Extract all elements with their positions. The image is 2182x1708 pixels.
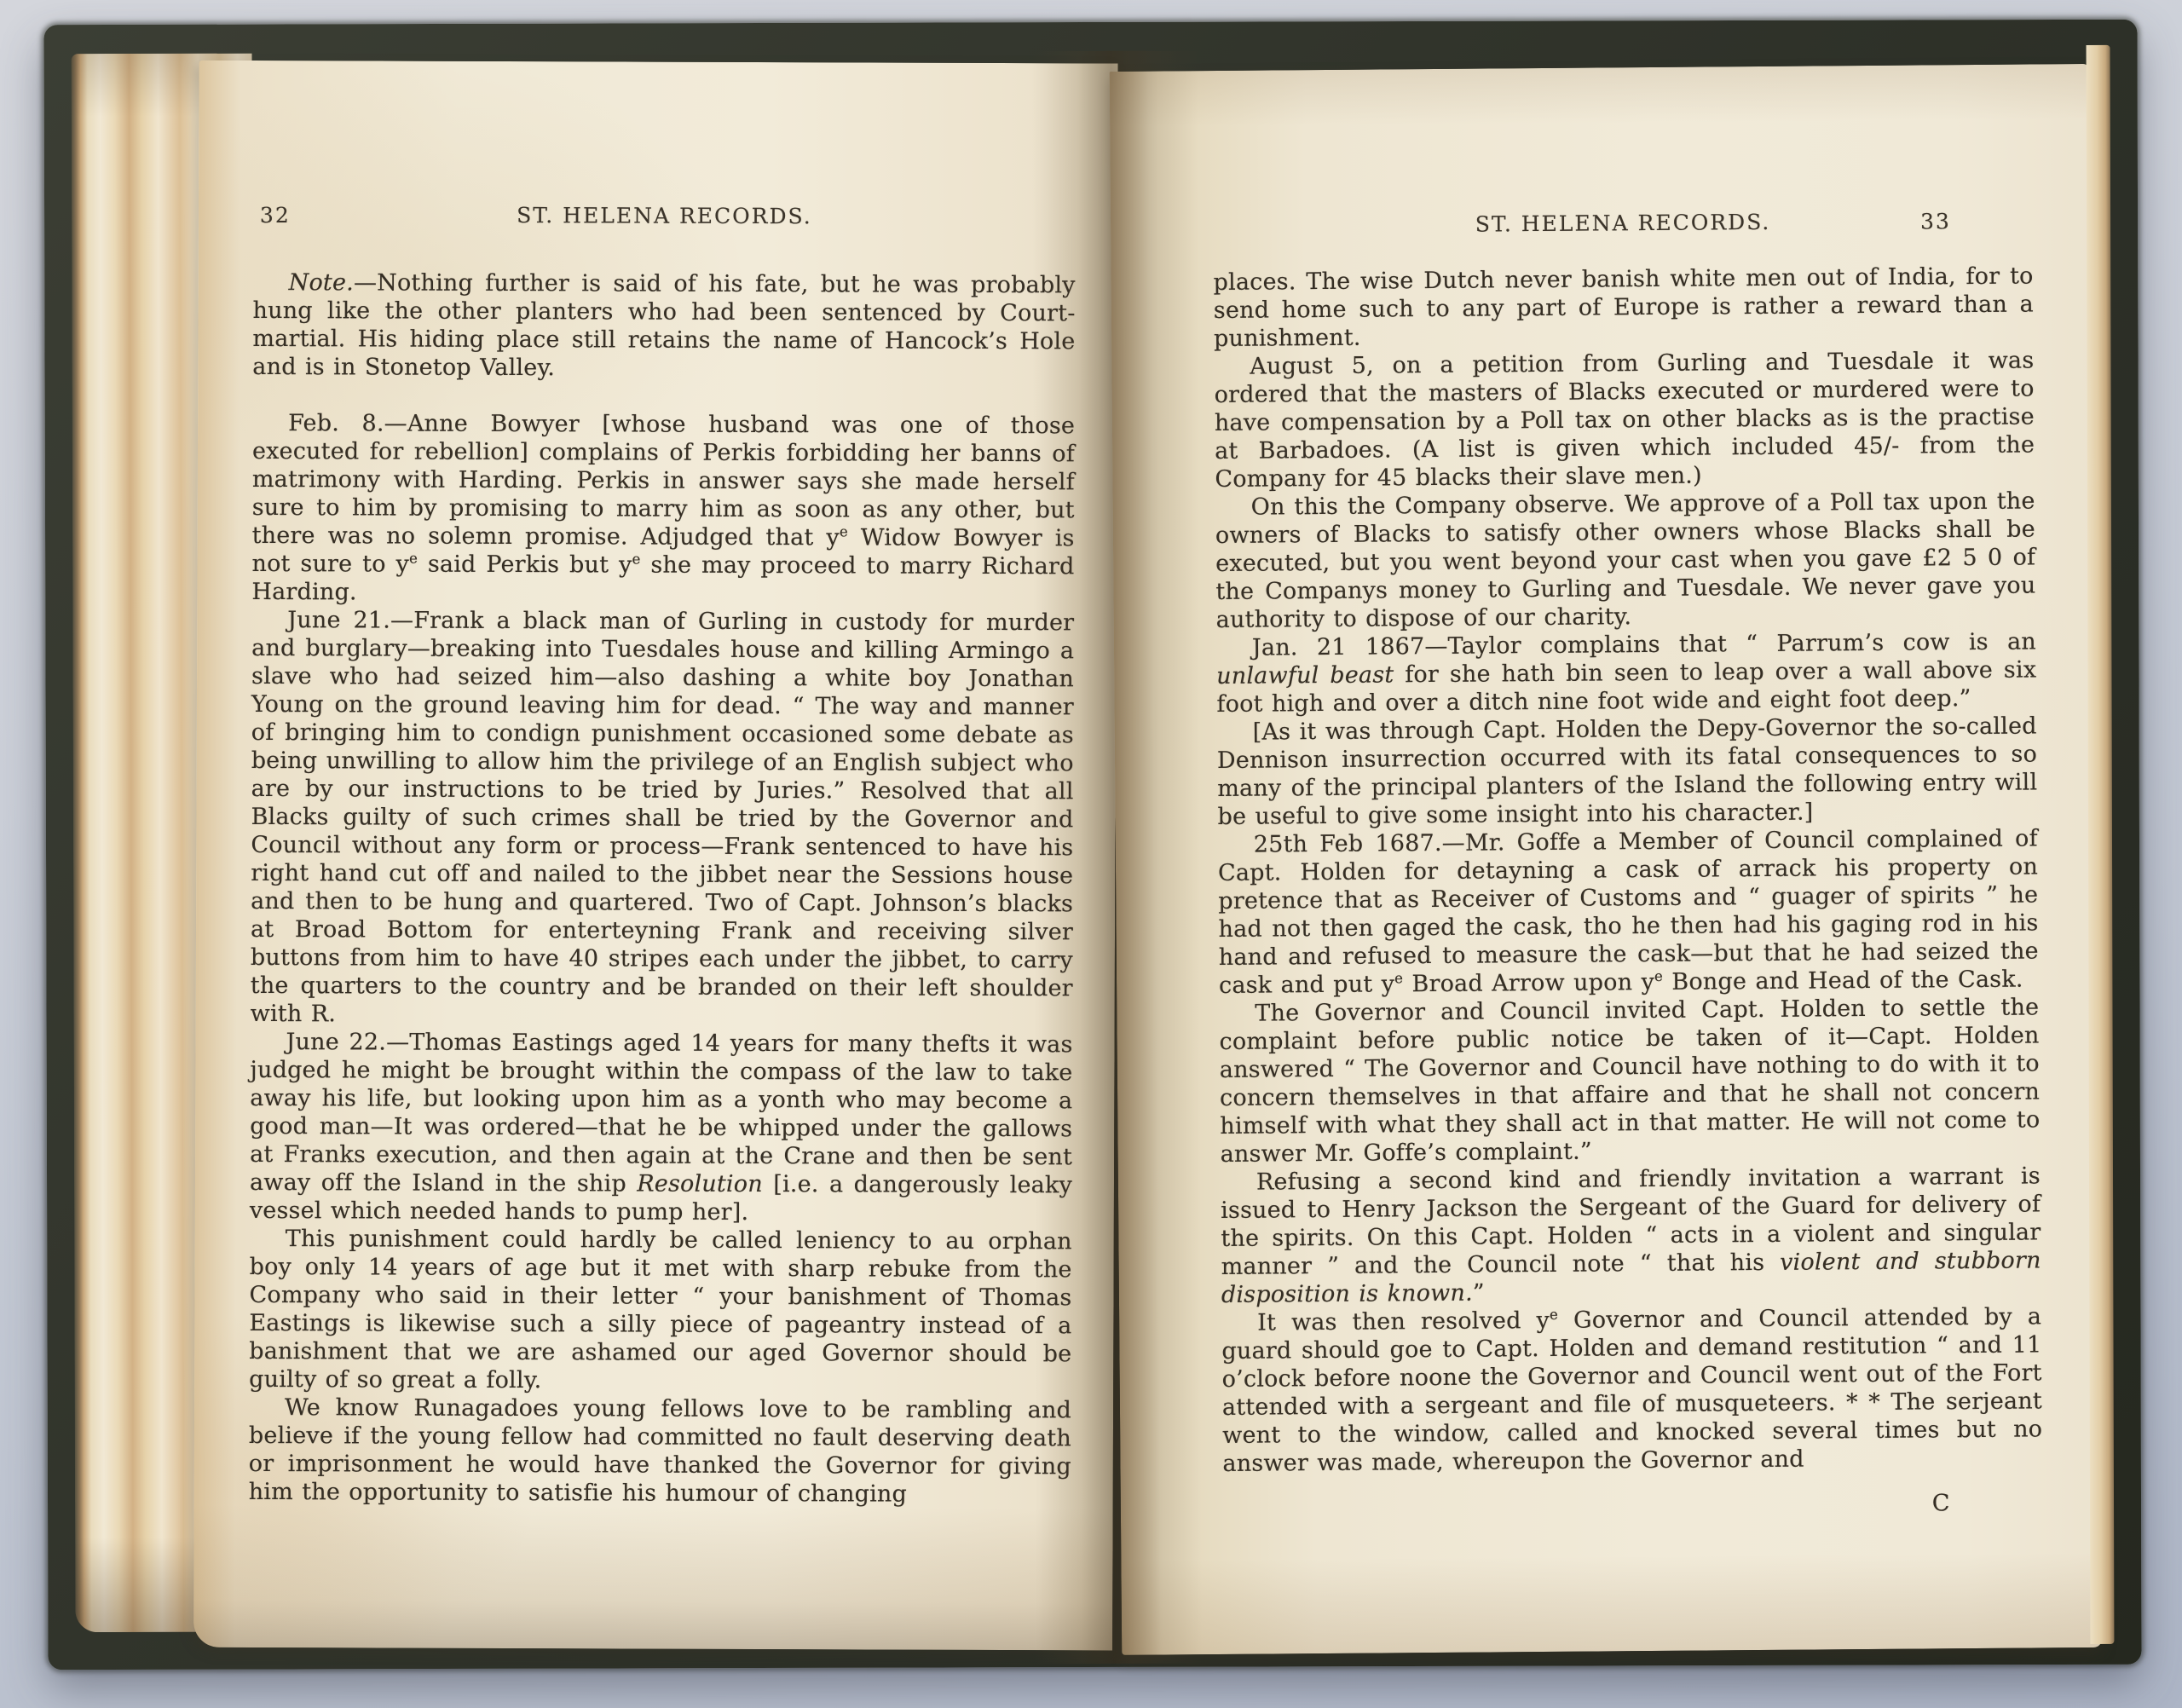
- text-segment: e: [409, 550, 418, 567]
- text-segment: The Governor and Council invited Capt. H…: [1219, 994, 2040, 1168]
- text-segment: e: [632, 551, 640, 568]
- paragraph: Refusing a second kind and friendly invi…: [1221, 1162, 2041, 1309]
- open-book: 32 ST. HELENA RECORDS. Note.—Nothing fur…: [43, 20, 2141, 1670]
- left-page: 32 ST. HELENA RECORDS. Note.—Nothing fur…: [193, 61, 1117, 1651]
- right-running-title: ST. HELENA RECORDS.: [1213, 207, 2033, 239]
- paragraph: Jan. 21 1867—Taylor complains that “ Par…: [1216, 627, 2037, 718]
- paragraph: places. The wise Dutch never banish whit…: [1213, 262, 2034, 353]
- text-segment: places. The wise Dutch never banish whit…: [1213, 263, 2033, 352]
- left-text-column: Note.—Nothing further is said of his fat…: [249, 268, 1076, 1509]
- text-segment: unlawful beast: [1216, 661, 1394, 690]
- left-page-header: 32 ST. HELENA RECORDS.: [253, 202, 1076, 205]
- right-text-column: places. The wise Dutch never banish whit…: [1213, 262, 2042, 1478]
- text-segment: [As it was through Capt. Holden the Depy…: [1217, 713, 2037, 830]
- text-segment: We know Runagadoes young fellows love to…: [249, 1394, 1071, 1508]
- text-segment: On this the Company observe. We approve …: [1215, 488, 2036, 633]
- paragraph: On this the Company observe. We approve …: [1215, 487, 2036, 634]
- text-segment: Broad Arrow upon y: [1403, 969, 1654, 997]
- paragraph: 25th Feb 1687.—Mr. Goffe a Member of Cou…: [1218, 824, 2040, 1000]
- text-segment: June 21.—Frank a black man of Gurling in…: [251, 607, 1075, 1027]
- paragraph: It was then resolved ye Governor and Cou…: [1221, 1302, 2043, 1478]
- paragraph: [As it was through Capt. Holden the Depy…: [1217, 712, 2038, 831]
- right-page-header: ST. HELENA RECORDS. 33: [1213, 207, 2033, 214]
- paragraph: This punishment could hardly be called l…: [249, 1225, 1072, 1396]
- text-segment: e: [1394, 969, 1403, 986]
- paragraph: The Governor and Council invited Capt. H…: [1219, 993, 2041, 1168]
- text-segment: e: [840, 522, 848, 540]
- text-segment: ”: [1473, 1280, 1485, 1307]
- paragraph: We know Runagadoes young fellows love to…: [249, 1394, 1071, 1509]
- text-segment: e: [1654, 967, 1663, 984]
- left-running-title: ST. HELENA RECORDS.: [253, 202, 1076, 229]
- book-photo: 32 ST. HELENA RECORDS. Note.—Nothing fur…: [0, 0, 2182, 1708]
- text-segment: e: [1550, 1306, 1558, 1323]
- paragraph: June 22.—Thomas Eastings aged 14 years f…: [250, 1028, 1073, 1227]
- text-segment: This punishment could hardly be called l…: [249, 1226, 1072, 1394]
- paragraph: Note.—Nothing further is said of his fat…: [252, 268, 1075, 384]
- text-segment: Bonge and Head of the Cask.: [1663, 967, 2023, 995]
- text-segment: —Nothing further is said of his fate, bu…: [252, 269, 1075, 381]
- paragraph: Feb. 8.—Anne Bowyer [whose husband was o…: [251, 409, 1075, 609]
- right-page: ST. HELENA RECORDS. 33 places. The wise …: [1110, 64, 2103, 1655]
- paragraph: August 5, on a petition from Gurling and…: [1214, 346, 2035, 493]
- text-segment: It was then resolved y: [1257, 1307, 1550, 1336]
- text-segment: Resolution: [637, 1171, 763, 1198]
- right-page-edge-stack: [2087, 45, 2115, 1644]
- text-segment: August 5, on a petition from Gurling and…: [1215, 347, 2035, 493]
- right-page-number: 33: [1920, 209, 1951, 234]
- paragraph: June 21.—Frank a black man of Gurling in…: [251, 606, 1075, 1030]
- text-segment: Note.: [289, 269, 354, 296]
- text-segment: Jan. 21 1867—Taylor complains that “ Par…: [1252, 628, 2036, 661]
- signature-mark: C: [1932, 1490, 1950, 1516]
- text-segment: said Perkis but y: [418, 551, 632, 579]
